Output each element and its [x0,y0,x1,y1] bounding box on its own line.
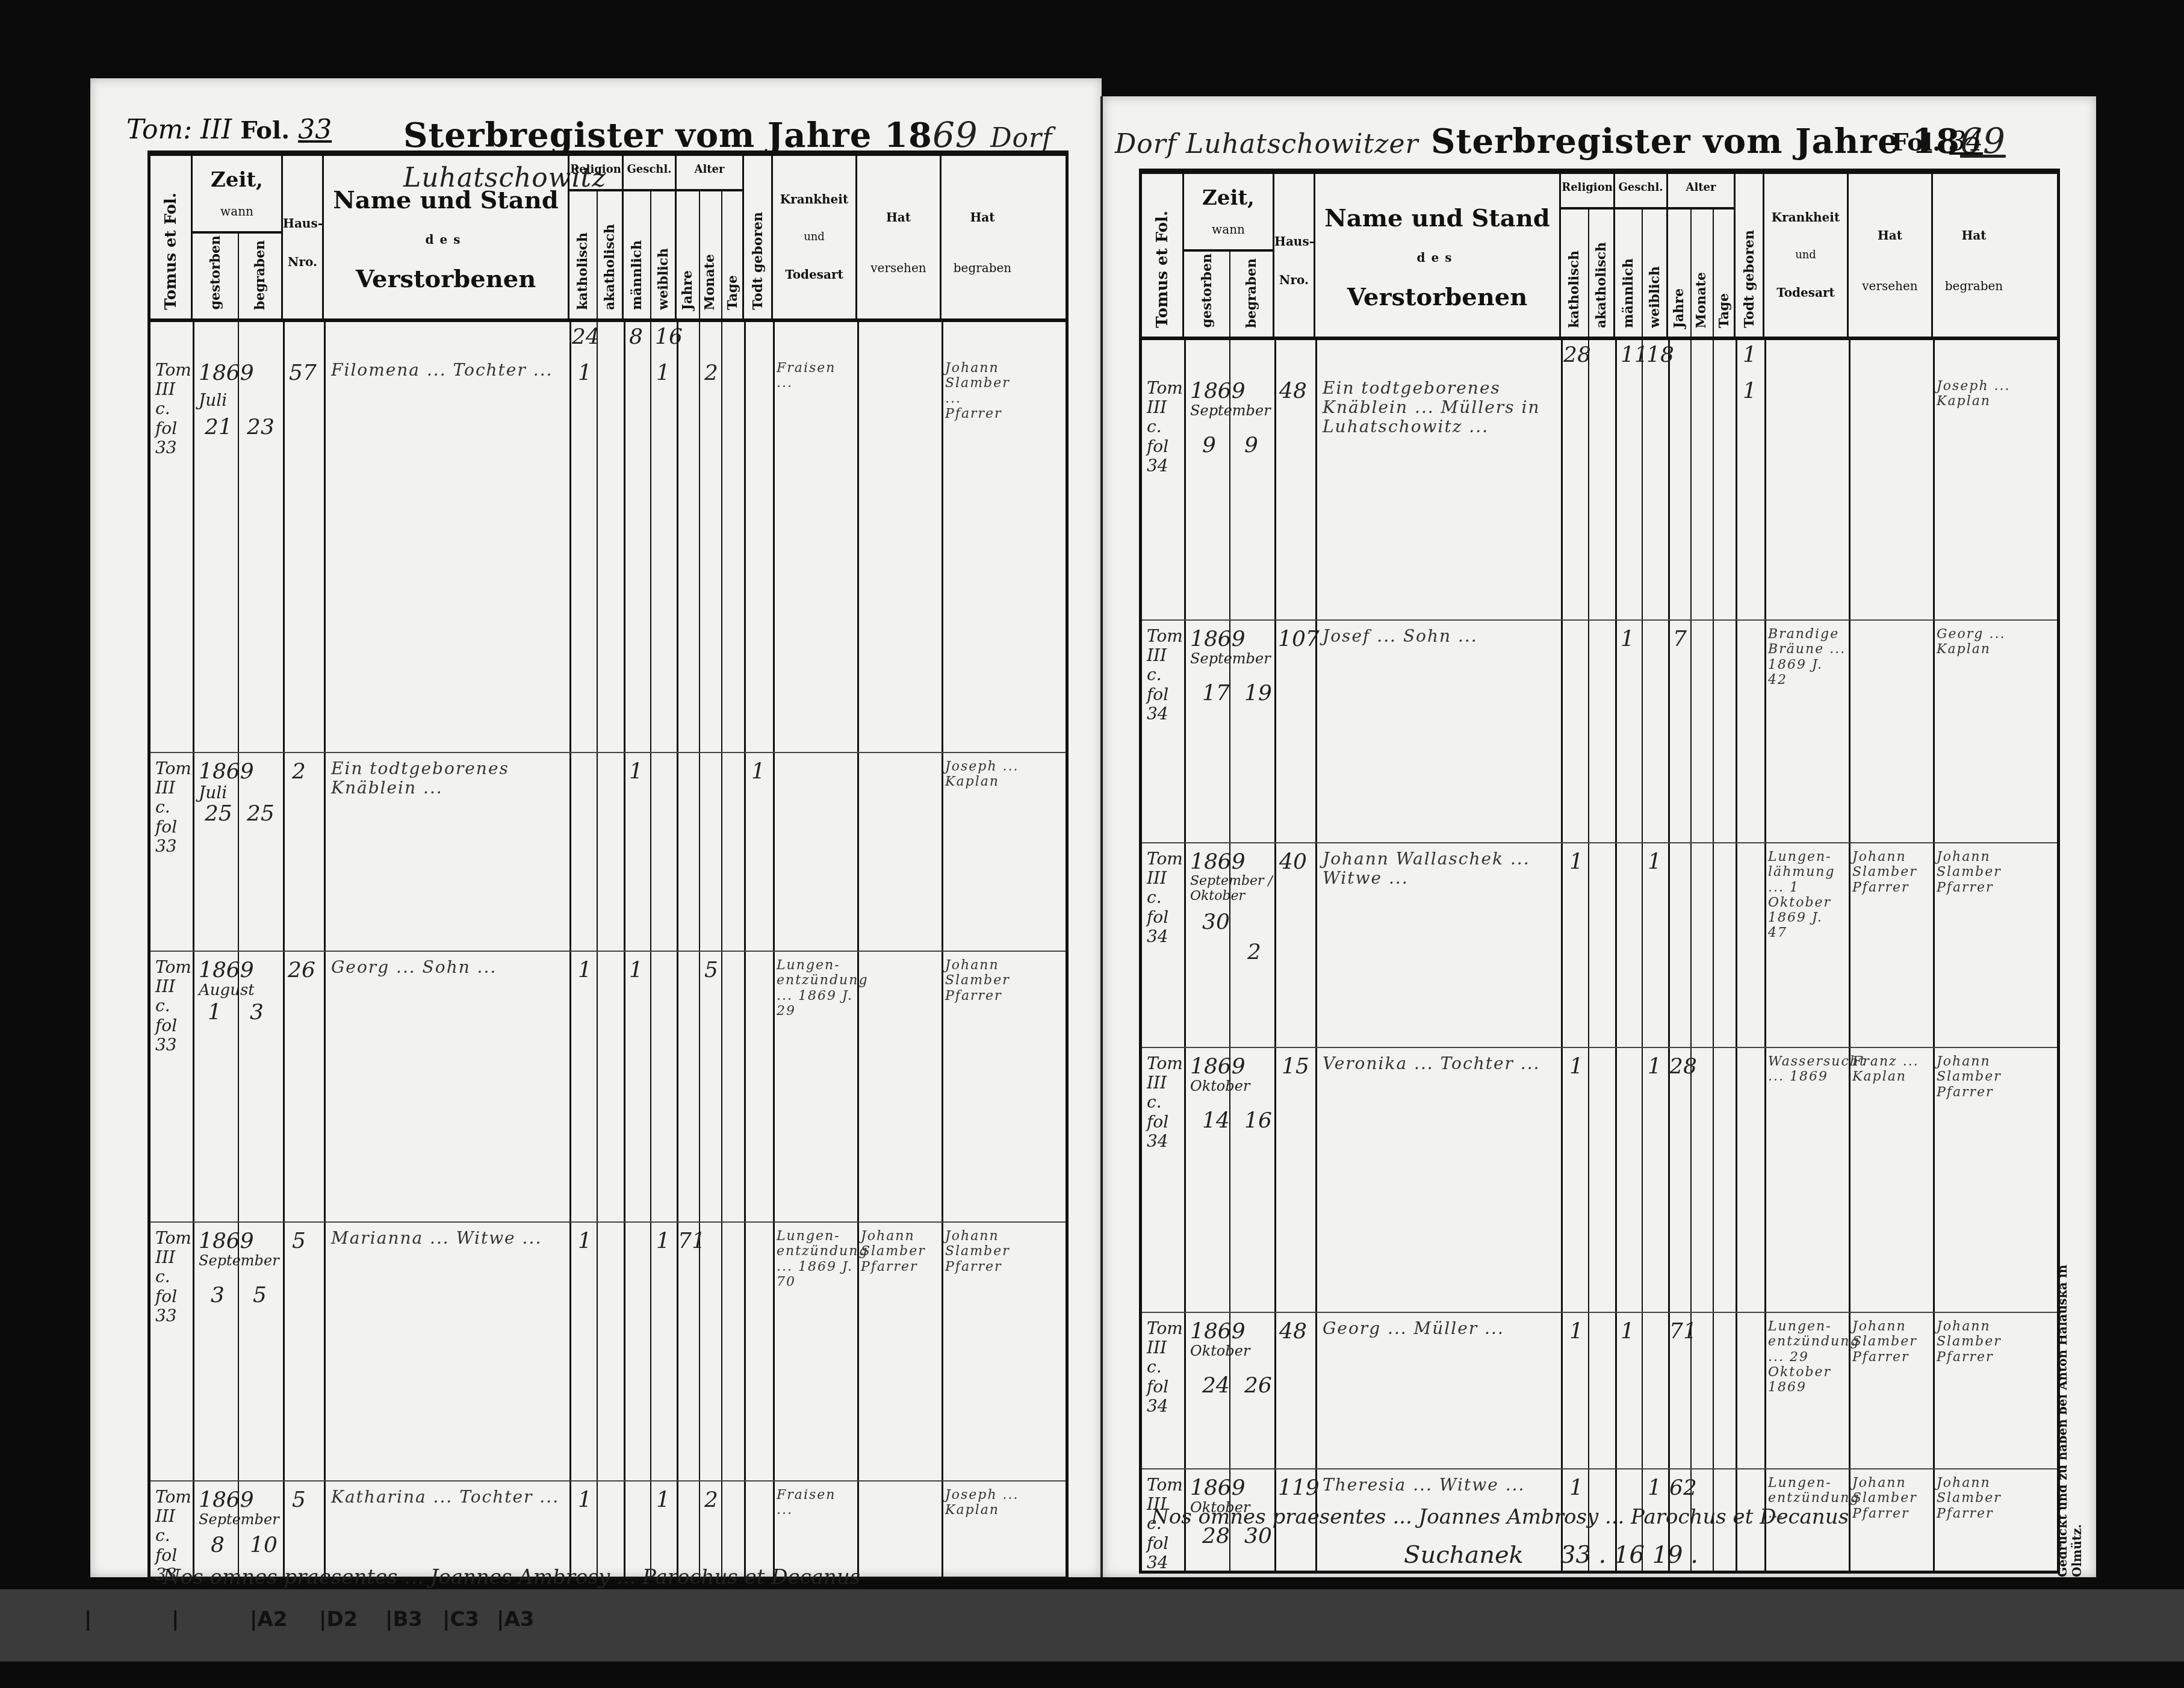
printer-imprint: Gedruckt und zu haben bei Anton Halauska… [2055,1240,2084,1577]
entry-month: Oktober [1190,1078,1250,1095]
col-monate-label: Monate [702,254,718,310]
page-title: Dorf Luhatschowitzer Sterbregister vom J… [1115,120,2006,161]
entry-begraben: 16 [1244,1108,1272,1133]
right-page-header: Dorf Luhatschowitzer Sterbregister vom J… [1103,114,2096,169]
entry-name-stand: Georg ... Müller ... [1323,1319,1557,1338]
col-hat-label: Hat [857,210,940,225]
col-todt-geboren: Todt geboren [744,156,773,318]
col-hat-versehen: Hat versehen [1849,174,1933,337]
entry-versehen: Johann Slamber Pfarrer [1852,1319,1928,1365]
col-zeit-label: Zeit, [1184,186,1273,210]
entry-begraben: 3 [250,1000,264,1025]
entry-haus-nr: 15 [1282,1054,1309,1079]
entry-begraben-von: Johann Slamber Pfarrer [945,958,1020,1004]
entry-month: Juli [199,391,227,410]
col-gestorben-label: gestorben [1199,253,1215,328]
col-todt-label: Todt geboren [750,212,766,310]
col-und-label: und [773,231,855,243]
entry-name-stand: Georg ... Sohn ... [331,958,566,977]
tom-value: III [200,114,232,145]
entry-begraben: 23 [247,415,275,439]
col-krankheit-label: Krankheit [1764,210,1847,225]
col-maennlich-label: männlich [1621,258,1636,328]
col-gestorben-label: gestorben [208,235,223,310]
col-name-label: Name und Stand [1315,204,1559,232]
col-begraben-hat-label: begraben [942,261,1023,275]
table-row: Tom III c. fol 33 1869 September 3 5 5 M… [150,1221,1066,1482]
signature: Suchanek [1404,1541,1524,1569]
title-text: Sterbregister vom Jahre 18 [403,116,932,155]
entry-month: September [199,1253,279,1270]
entry-tomus: Tom III c. fol 33 [155,958,191,1055]
entry-name-stand: Marianna ... Witwe ... [331,1229,566,1248]
film-mark: |A2 [250,1607,287,1631]
entry-weiblich: 1 [656,1488,670,1512]
entry-tomus: Tom III c. fol 34 [1147,627,1183,724]
entry-year: 1869 [1190,1475,1246,1500]
entry-month: September / Oktober [1190,873,1274,904]
col-tomus: Tomus et Fol. [150,156,193,318]
entry-maennlich: 1 [629,759,643,784]
entry-tomus: Tom III c. fol 33 [155,1229,191,1326]
film-strip: | | |A2 |D2 |B3 |C3 |A3 [0,1589,2184,1662]
fol-value: 33 [298,114,332,145]
entry-katholisch: 1 [1569,849,1583,874]
entry-gestorben: 3 [211,1283,225,1308]
entry-katholisch: 1 [1569,1319,1583,1344]
entry-year: 1869 [199,361,254,385]
entry-haus-nr: 48 [1279,379,1307,403]
col-religion: Religion katholisch akatholisch [569,156,624,318]
entry-maennlich: 1 [1621,1319,1634,1344]
fol-label: Fol. [1891,128,1941,157]
col-alter-label: Alter [1668,181,1734,194]
entry-krankheit: Fraisen ... [777,1488,855,1518]
totals-row: 33 . 16 19 . [1560,1541,1698,1569]
entry-katholisch: 1 [1569,1475,1583,1500]
col-religion-label: Religion [569,163,622,176]
entry-month: September [199,1512,279,1528]
col-alter: Alter Jahre Monate Tage [1668,174,1736,337]
col-geschlecht: Geschl. männlich weiblich [1615,174,1668,337]
entry-name-stand: Katharina ... Tochter ... [331,1488,566,1507]
col-akatholisch-label: akatholisch [1593,242,1609,328]
entry-begraben: 9 [1244,433,1258,458]
col-begraben-label: begraben [252,240,268,310]
entry-begraben: 10 [250,1533,278,1557]
register-table-left: Tomus et Fol. Zeit, wann gestorben begra… [147,150,1069,1580]
col-des-label: des [1315,250,1559,265]
entry-jahre: 62 [1669,1475,1697,1500]
table-row: Tom III c. fol 33 1869 August 1 3 26 Geo… [150,951,1066,1223]
col-wann-label: wann [193,204,281,219]
col-katholisch-label: katholisch [1566,250,1582,328]
entry-gestorben: 25 [205,801,232,826]
col-todt-geboren: Todt geboren [1736,174,1764,337]
col-hat-label-2: Hat [942,210,1023,225]
table-row: Tom III c. fol 33 1869 Juli 21 23 57 Fil… [150,355,1066,752]
entry-weiblich: 1 [1648,1054,1661,1079]
col-begraben-hat-label: begraben [1933,279,2015,293]
entry-tomus: Tom III c. fol 33 [155,361,191,458]
entry-name-stand: Theresia ... Witwe ... [1323,1475,1557,1495]
entry-year: 1869 [199,759,254,784]
entry-name-stand: Ein todtgeborenes Knäblein ... [331,759,566,798]
entry-gestorben: 17 [1202,681,1230,706]
carried-weiblich: 18 [1646,343,1674,367]
entry-begraben-von: Georg ... Kaplan [1937,627,2012,657]
entry-begraben-von: Johann Slamber Pfarrer [1937,1054,2012,1100]
entry-year: 1869 [1190,1054,1246,1079]
entry-year: 1869 [1190,627,1246,651]
col-nro-label: Nro. [1274,273,1314,287]
col-zeit-label: Zeit, [193,168,281,192]
left-page: Tom: III Fol. 33 Sterbregister vom Jahre… [90,78,1102,1577]
year-suffix: 69 [932,114,978,155]
fol-label: Fol. [240,116,290,144]
col-haus-label: Haus- [1274,234,1314,249]
entry-month: Juli [199,783,227,802]
entry-weiblich: 1 [656,361,670,385]
entry-maennlich: 1 [1621,627,1634,651]
entry-begraben: 26 [1244,1373,1272,1398]
col-todt-label: Todt geboren [1742,230,1757,328]
entry-tomus: Tom III c. fol 34 [1147,1319,1183,1416]
title-text: Sterbregister vom Jahre 18 [1431,122,1960,161]
col-versehen-label: versehen [1849,279,1931,293]
entry-gestorben: 24 [1202,1373,1230,1398]
entry-begraben: 2 [1247,940,1261,964]
col-todesart-label: Todesart [773,267,855,282]
entry-begraben-von: Joseph ... Kaplan [945,1488,1020,1518]
table-row: Tom III c. fol 34 1869 Oktober 24 26 48 … [1142,1312,2057,1469]
right-page: Dorf Luhatschowitzer Sterbregister vom J… [1103,96,2096,1577]
entry-begraben: 25 [247,801,275,826]
col-religion-label: Religion [1561,181,1613,194]
col-tage-label: Tage [1716,293,1732,328]
entry-gestorben: 14 [1202,1108,1230,1133]
entry-begraben-von: Joseph ... Kaplan [945,759,1020,790]
entry-katholisch: 1 [578,958,592,982]
col-todesart-label: Todesart [1764,285,1847,300]
entry-month: Oktober [1190,1343,1250,1360]
film-mark: |A3 [497,1607,534,1631]
col-geschl-label: Geschl. [1615,181,1666,194]
col-hat-begraben: Hat begraben [942,156,1023,318]
entry-begraben-von: Joseph ... Kaplan [1937,379,2012,409]
entry-year: 1869 [1190,849,1246,874]
entry-month: September [1190,403,1271,420]
col-monate-label: Monate [1693,272,1709,328]
col-und-label: und [1764,249,1847,261]
table-row: Tom III c. fol 33 1869 September 8 10 5 … [150,1480,1066,1572]
entry-begraben-von: Johann Slamber Pfarrer [1937,849,2012,895]
entry-krankheit: Fraisen ... [777,361,855,391]
entry-year: 1869 [1190,379,1246,403]
entry-name-stand: Veronika ... Tochter ... [1323,1054,1557,1073]
entry-weiblich: 1 [1648,1475,1661,1500]
entry-versehen: Johann Slamber Pfarrer [861,1229,936,1274]
entry-jahre: 7 [1673,627,1687,651]
col-tomus-label: Tomus et Fol. [1153,211,1171,328]
entry-katholisch: 1 [578,1488,592,1512]
col-jahre-label: Jahre [680,270,695,310]
col-hat-label: Hat [1849,228,1931,243]
entry-jahre: 71 [678,1229,706,1253]
tom-label: Tom: [126,114,192,145]
table-row: Tom III c. fol 34 1869 Oktober 14 16 15 … [1142,1047,2057,1313]
carried-katholisch: 28 [1563,343,1591,367]
entry-monate: 2 [704,1488,718,1512]
entry-krankheit: Lungen-entzündung ... 1869 J. 70 [777,1229,855,1289]
table-row: Tom III c. fol 33 1869 Juli 25 25 2 Ein … [150,752,1066,952]
carried-todt-geboren: 1 [1743,343,1757,367]
film-mark: | [172,1607,179,1631]
col-krankheit-label: Krankheit [773,192,855,206]
col-des-label: des [324,232,568,247]
entry-month: August [199,982,255,1000]
entry-tomus: Tom III c. fol 34 [1147,379,1183,476]
col-haus-nr: Haus- Nro. [1274,174,1315,337]
col-verstorbenen-label: Verstorbenen [1315,283,1559,311]
film-mark: |D2 [319,1607,358,1631]
entry-jahre: 28 [1669,1054,1697,1079]
entry-katholisch: 1 [578,361,592,385]
entry-versehen: Johann Slamber Pfarrer [1852,849,1928,895]
col-zeit: Zeit, wann gestorben begraben [193,156,283,318]
entry-gestorben: 30 [1202,910,1230,934]
entry-name-stand: Johann Wallaschek ... Witwe ... [1323,849,1557,888]
entry-haus-nr: 57 [289,361,317,385]
col-weiblich-label: weiblich [1647,266,1663,328]
entry-haus-nr: 26 [288,958,315,982]
entry-gestorben: 8 [211,1533,225,1557]
entry-katholisch: 1 [578,1229,592,1253]
footer-note: Nos omnes praesentes ... Joannes Ambrosy… [1151,1505,1994,1529]
col-tomus: Tomus et Fol. [1142,174,1184,337]
carried-weiblich: 16 [655,324,683,349]
left-page-header: Tom: III Fol. 33 Sterbregister vom Jahre… [90,96,1102,150]
entry-year: 1869 [199,958,254,982]
entry-gestorben: 21 [205,415,232,439]
col-geschl-label: Geschl. [624,163,675,176]
entry-haus-nr: 5 [292,1488,306,1512]
entry-todt-geboren: 1 [751,759,765,784]
col-jahre-label: Jahre [1671,288,1687,328]
col-weiblich-label: weiblich [656,248,671,310]
entry-weiblich: 1 [656,1229,670,1253]
film-mark: |B3 [385,1607,423,1631]
entry-monate: 5 [704,958,718,982]
col-wann-label: wann [1184,222,1273,237]
table-row: Tom III c. fol 34 1869 September 17 19 1… [1142,619,2057,843]
col-hat-versehen: Hat versehen [857,156,942,318]
col-nro-label: Nro. [283,255,322,269]
entry-year: 1869 [199,1488,254,1512]
tom-fol-label: Tom: III Fol. 33 [126,114,332,145]
entry-krankheit: Lungen-lähmung ... 1 Oktober 1869 J. 47 [1768,849,1846,941]
entry-begraben: 5 [253,1283,267,1308]
entry-begraben-von: Johann Slamber ... Pfarrer [945,361,1020,421]
entry-katholisch: 1 [1569,1054,1583,1079]
entry-year: 1869 [1190,1319,1246,1344]
entry-haus-nr: 2 [292,759,306,784]
entry-gestorben: 9 [1202,433,1216,458]
table-row: Tom III c. fol 34 1869 September / Oktob… [1142,842,2057,1048]
col-krankheit: Krankheit und Todesart [773,156,857,318]
col-name-label: Name und Stand [324,186,568,214]
entry-jahre: 71 [1669,1319,1697,1344]
fol-value: 34 [1949,126,1983,157]
entry-haus-nr: 48 [1279,1319,1307,1344]
entry-tomus: Tom III c. fol 33 [155,759,191,856]
col-verstorbenen-label: Verstorbenen [324,265,568,293]
place-name: Dorf Luhatschowitzer [1115,129,1419,160]
col-maennlich-label: männlich [629,240,645,310]
entry-maennlich: 1 [629,958,643,982]
carried-maennlich: 8 [629,324,643,349]
entry-haus-nr: 119 [1278,1475,1320,1500]
entry-year: 1869 [199,1229,254,1253]
footer-note: Nos omnes praesentes ... Joannes Ambrosy… [163,1565,1005,1589]
entry-begraben-von: Johann Slamber Pfarrer [1937,1319,2012,1365]
col-tage-label: Tage [725,275,740,310]
col-haus-label: Haus- [283,216,322,231]
col-alter: Alter Jahre Monate Tage [677,156,744,318]
entry-begraben-von: Johann Slamber Pfarrer [945,1229,1020,1274]
entry-gestorben: 1 [208,1000,222,1025]
entry-krankheit: Lungen-entzündung ... 29 Oktober 1869 [1768,1319,1846,1395]
film-mark: |C3 [442,1607,479,1631]
entry-krankheit: Wassersucht ... 1869 [1768,1054,1846,1085]
entry-haus-nr: 40 [1279,849,1307,874]
entry-tomus: Tom III c. fol 34 [1147,849,1183,946]
col-hat-begraben: Hat begraben [1933,174,2015,337]
col-alter-label: Alter [677,163,742,176]
carried-katholisch: 24 [572,324,600,349]
col-haus-nr: Haus- Nro. [283,156,324,318]
entry-haus-nr: 107 [1278,627,1320,651]
entry-versehen: Franz ... Kaplan [1852,1054,1928,1085]
col-tomus-label: Tomus et Fol. [162,193,180,310]
entry-weiblich: 1 [1648,849,1661,874]
entry-monate: 2 [704,361,718,385]
col-hat-label-2: Hat [1933,228,2015,243]
entry-krankheit: Lungen-entzündung ... 1869 J. 29 [777,958,855,1019]
col-versehen-label: versehen [857,261,940,275]
film-mark: | [84,1607,92,1631]
entry-krankheit: Brandige Bräune ... 1869 J. 42 [1768,627,1846,687]
entry-haus-nr: 5 [292,1229,306,1253]
entry-name-stand: Josef ... Sohn ... [1323,627,1557,646]
fol-label-group: Fol. 34 [1891,126,1983,157]
col-geschlecht: Geschl. männlich weiblich [624,156,677,318]
entry-begraben: 19 [1244,681,1272,706]
col-katholisch-label: katholisch [575,232,591,310]
col-akatholisch-label: akatholisch [602,224,618,310]
entry-name-stand: Ein todtgeborenes Knäblein ... Müllers i… [1323,379,1557,437]
entry-todt-geboren: 1 [1743,379,1757,403]
col-name-stand: Name und Stand des Verstorbenen [324,156,569,318]
col-religion: Religion katholisch akatholisch [1561,174,1615,337]
col-krankheit: Krankheit und Todesart [1764,174,1849,337]
col-begraben-label: begraben [1244,258,1259,328]
col-zeit: Zeit, wann gestorben begraben [1184,174,1274,337]
carried-maennlich: 11 [1621,343,1648,367]
entry-month: September [1190,651,1271,668]
col-name-stand: Name und Stand des Verstorbenen [1315,174,1561,337]
entry-tomus: Tom III c. fol 34 [1147,1054,1183,1151]
entry-name-stand: Filomena ... Tochter ... [331,361,566,380]
table-row: Tom III c. fol 34 1869 September 9 9 48 … [1142,373,2057,619]
register-table-right: Tomus et Fol. Zeit, wann gestorben begra… [1139,169,2060,1574]
